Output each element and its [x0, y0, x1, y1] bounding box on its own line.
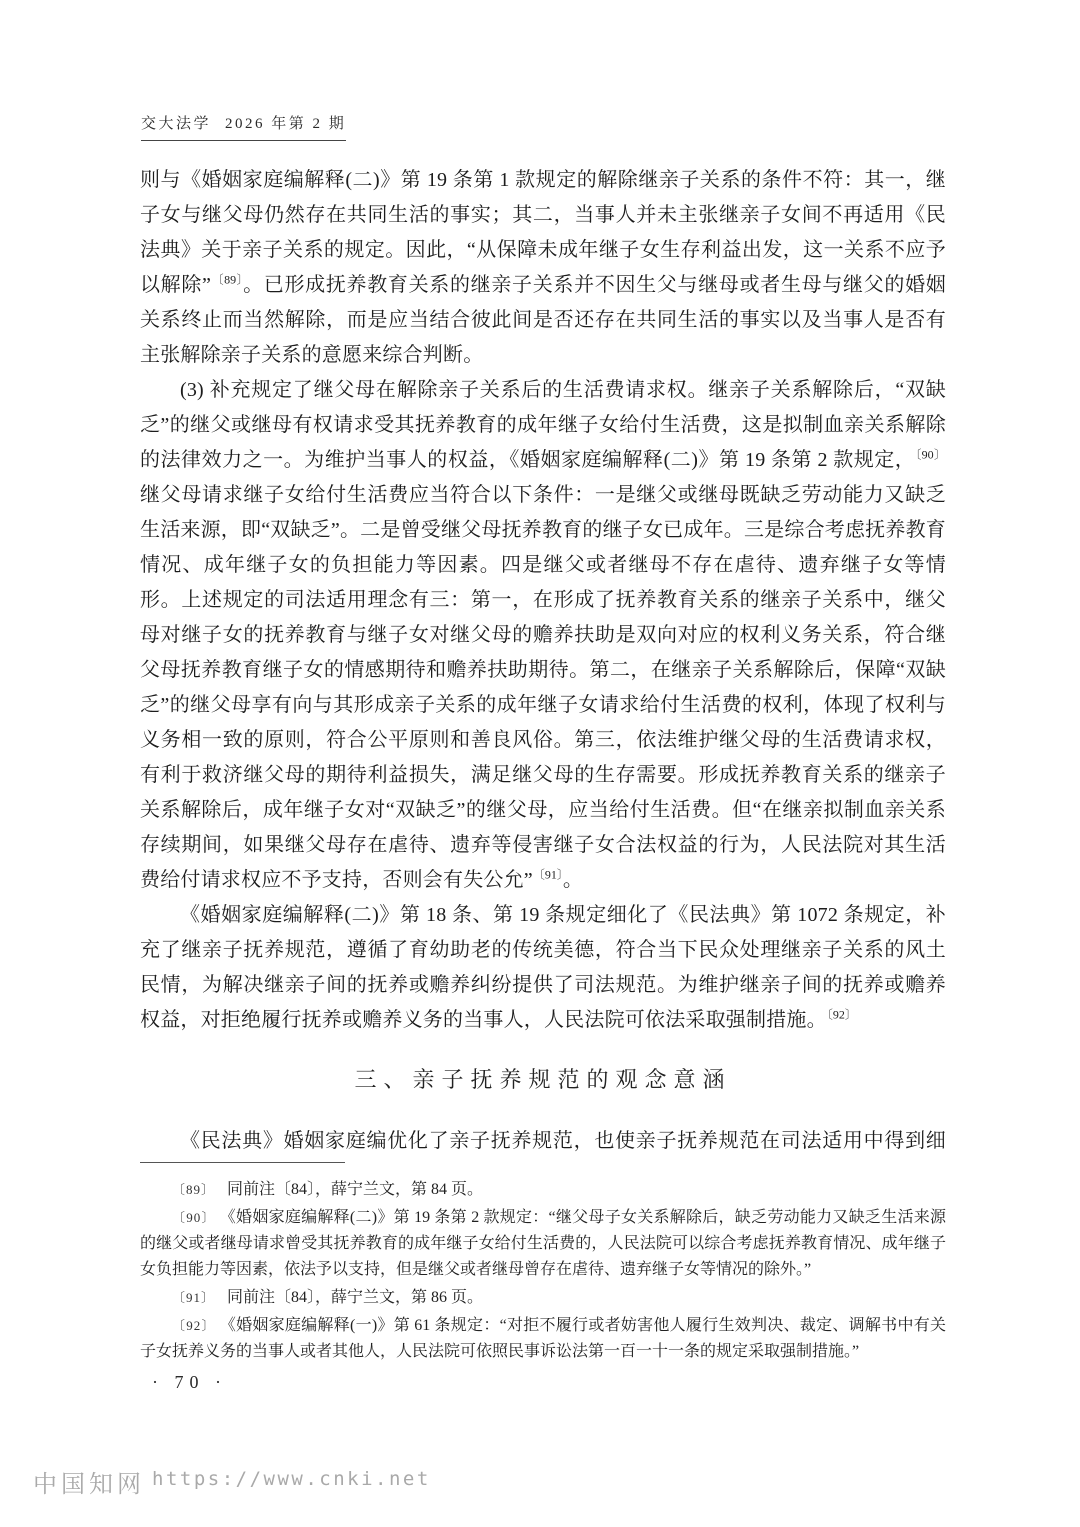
journal-page: 交大法学2026 年第 2 期 则与《婚姻家庭编解释(二)》第 19 条第 1 … — [0, 0, 1080, 1527]
body-paragraph: (3) 补充规定了继父母在解除亲子关系后的生活费请求权。继亲子关系解除后，“双缺… — [140, 373, 946, 898]
footnote-91: 〔91〕同前注〔84〕，薛宁兰文，第 86 页。 — [140, 1285, 946, 1311]
footnote-marker: 〔89〕 — [172, 1182, 215, 1197]
cnki-watermark-name: 中国知网 — [33, 1464, 145, 1499]
body-paragraph: 则与《婚姻家庭编解释(二)》第 19 条第 1 款规定的解除继亲子关系的条件不符… — [140, 163, 946, 373]
footnote-text: 同前注〔84〕，薛宁兰文，第 86 页。 — [227, 1289, 483, 1306]
running-head: 交大法学2026 年第 2 期 — [141, 112, 346, 141]
footnote-90: 〔90〕《婚姻家庭编解释(二)》第 19 条第 2 款规定：“继父母子女关系解除… — [140, 1205, 946, 1283]
cnki-watermark-url: https://www.cnki.net — [152, 1468, 431, 1490]
footnote-89: 〔89〕同前注〔84〕，薛宁兰文，第 84 页。 — [140, 1177, 946, 1203]
body-paragraph: 《婚姻家庭编解释(二)》第 18 条、第 19 条规定细化了《民法典》第 107… — [140, 898, 946, 1038]
footnote-marker: 〔91〕 — [172, 1290, 215, 1305]
footnote-block: 〔89〕同前注〔84〕，薛宁兰文，第 84 页。 〔90〕《婚姻家庭编解释(二)… — [140, 1162, 946, 1367]
footnote-text: 《婚姻家庭编解释(一)》第 61 条规定：“对拒不履行或者妨害他人履行生效判决、… — [140, 1317, 946, 1360]
main-text-column: 则与《婚姻家庭编解释(二)》第 19 条第 1 款规定的解除继亲子关系的条件不符… — [140, 163, 946, 1163]
journal-title: 交大法学 — [141, 116, 211, 132]
footnote-separator-rule — [140, 1162, 345, 1163]
footnote-marker: 〔92〕 — [172, 1318, 216, 1333]
footnote-text: 《婚姻家庭编解释(二)》第 19 条第 2 款规定：“继父母子女关系解除后，缺乏… — [140, 1209, 946, 1278]
footnote-text: 同前注〔84〕，薛宁兰文，第 84 页。 — [227, 1181, 483, 1198]
journal-issue: 2026 年第 2 期 — [225, 116, 346, 132]
footnote-marker: 〔90〕 — [172, 1210, 216, 1225]
footnote-92: 〔92〕《婚姻家庭编解释(一)》第 61 条规定：“对拒不履行或者妨害他人履行生… — [140, 1313, 946, 1365]
body-paragraph: 《民法典》婚姻家庭编优化了亲子抚养规范，也使亲子抚养规范在司法适用中得到细化、延… — [140, 1124, 946, 1163]
page-number: · 70 · — [152, 1372, 227, 1393]
section-heading: 三、亲子抚养规范的观念意涵 — [140, 1062, 946, 1097]
